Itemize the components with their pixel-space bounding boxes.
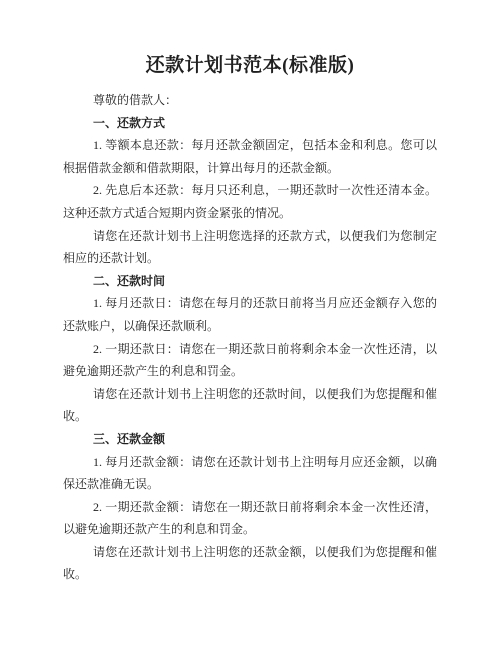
paragraph: 1. 每月还款金额：请您在还款计划书上注明每月应还金额，以确保还款准确无误。 (63, 451, 437, 496)
section-heading-repayment-amount: 三、还款金额 (63, 428, 437, 451)
paragraph: 请您在还款计划书上注明您选择的还款方式，以便我们为您制定相应的还款计划。 (63, 225, 437, 270)
section-heading-repayment-time: 二、还款时间 (63, 270, 437, 293)
paragraph: 请您在还款计划书上注明您的还款金额，以便我们为您提醒和催收。 (63, 541, 437, 586)
paragraph: 2. 先息后本还款：每月只还利息，一期还款时一次性还清本金。这种还款方式适合短期… (63, 179, 437, 224)
paragraph: 2. 一期还款金额：请您在一期还款日前将剩余本金一次性还清，以避免逾期还款产生的… (63, 496, 437, 541)
salutation: 尊敬的借款人： (63, 89, 437, 112)
paragraph: 1. 每月还款日：请您在每月的还款日前将当月应还金额存入您的还款账户，以确保还款… (63, 292, 437, 337)
document-title: 还款计划书范本(标准版) (63, 52, 437, 79)
paragraph: 2. 一期还款日：请您在一期还款日前将剩余本金一次性还清，以避免逾期还款产生的利… (63, 338, 437, 383)
document-page: 还款计划书范本(标准版) 尊敬的借款人： 一、还款方式 1. 等额本息还款：每月… (0, 0, 500, 647)
paragraph: 1. 等额本息还款：每月还款金额固定，包括本金和利息。您可以根据借款金额和借款期… (63, 134, 437, 179)
document-body: 尊敬的借款人： 一、还款方式 1. 等额本息还款：每月还款金额固定，包括本金和利… (63, 89, 437, 586)
paragraph: 请您在还款计划书上注明您的还款时间，以便我们为您提醒和催收。 (63, 383, 437, 428)
section-heading-repayment-method: 一、还款方式 (63, 112, 437, 135)
